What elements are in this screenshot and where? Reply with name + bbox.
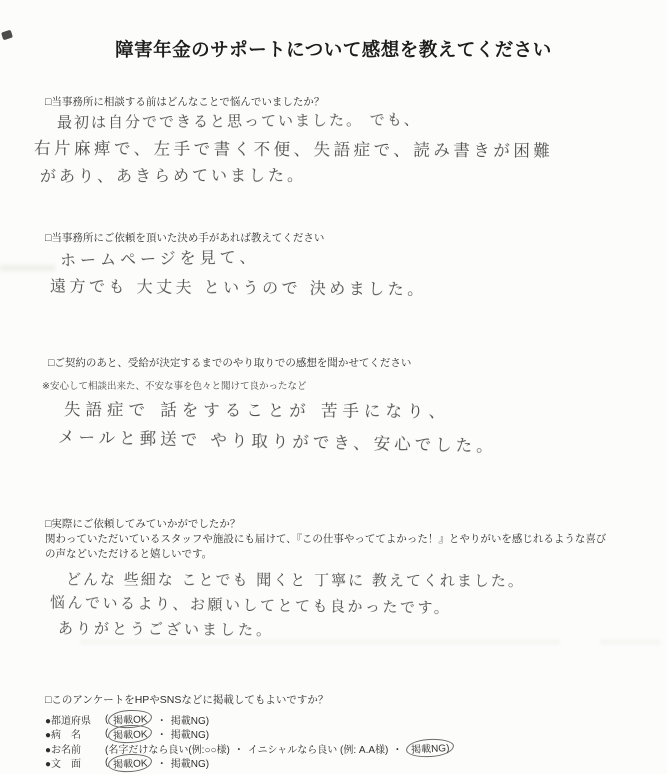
survey-scan-page: 障害年金のサポートについて感想を教えてください □当事務所に相談する前はどんなこ…: [0, 0, 667, 774]
separator-dot: ・: [234, 741, 244, 756]
answer-4-line-3: ありがとうございました。: [58, 617, 274, 640]
answer-1-line-3: があり、あきらめていました。: [40, 163, 306, 187]
publish-row-label: ●病 名: [45, 726, 105, 741]
option-ng: 掲載NG): [171, 755, 209, 770]
answer-1-line-1: 最初は自分でできると思っていました。 でも、: [57, 108, 421, 132]
scan-artifact: [0, 265, 55, 271]
answer-1-line-2: 右片麻痺で、左手で書く不便、失語症で、読み書きが困難: [34, 135, 553, 162]
publish-row-disease: ●病 名 ( 掲載OK ・ 掲載NG): [45, 727, 455, 742]
question-2-label: □当事務所にご依頼を頂いた決め手があれば教えてください: [45, 230, 324, 245]
question-4-subtext-line-1: 関わっていただいているスタッフや施設にも届けて、『この仕事やっててよかった！』と…: [45, 531, 606, 546]
answer-3-line-1: 失語症で 話をすることが 苦手になり、: [64, 396, 450, 422]
option-ng: 掲載NG): [171, 726, 209, 741]
publish-row-prefecture: ●都道府県 ( 掲載OK ・ 掲載NG): [45, 712, 455, 727]
answer-4-line-2: 悩んでいるより、お願いしてとても良かったです。: [50, 591, 452, 618]
question-1-label: □当事務所に相談する前はどんなことで悩んでいましたか？: [45, 94, 324, 109]
publish-options-list: ●都道府県 ( 掲載OK ・ 掲載NG) ●病 名 ( 掲載OK ・ 掲載NG)…: [45, 712, 455, 770]
question-4-label: □実際にご依頼してみていかがでしたか？: [45, 516, 240, 531]
page-title: 障害年金のサポートについて感想を教えてください: [0, 36, 667, 62]
option-ng: 掲載NG): [171, 712, 209, 727]
publish-row-label: ●文 面: [45, 755, 105, 770]
answer-2-line-1: ホームページを見て、: [60, 244, 260, 270]
question-4-subtext-line-2: の声などいただけると嬉しいです。: [45, 546, 212, 561]
scan-artifact: [80, 640, 560, 644]
question-3-label: □ご契約のあと、受給が決定するまでのやり取りでの感想を聞かせてください: [48, 355, 411, 370]
question-5-label: □このアンケートをHPやSNSなどに掲載してもよいですか？: [45, 692, 328, 707]
separator-dot: ・: [157, 755, 167, 770]
publish-row-label: ●都道府県: [45, 712, 105, 727]
scan-artifact: [600, 640, 660, 644]
separator-dot: ・: [157, 712, 167, 727]
publish-row-text: ●文 面 ( 掲載OK ・ 掲載NG): [45, 756, 455, 771]
separator-dot: ・: [157, 726, 167, 741]
answer-2-line-2: 遠方でも 大丈夫 というので 決めました。: [50, 273, 427, 299]
option-initials-ok: イニシャルなら良い (例: A.A様): [248, 741, 389, 756]
publish-row-name: ●お名前 (名字だけなら良い(例:○○様) ・ イニシャルなら良い (例: A.…: [45, 741, 455, 756]
answer-4-line-1: どんな 些細な ことでも 聞くと 丁寧に 教えてくれました。: [66, 568, 525, 591]
separator-dot: ・: [392, 741, 402, 756]
publish-row-label: ●お名前: [45, 741, 105, 756]
question-3-note: ※安心して相談出来た、不安な事を色々と聞けて良かったなど: [42, 378, 306, 392]
answer-3-line-2: メールと郵送で やり取りができ、安心でした。: [58, 423, 497, 456]
